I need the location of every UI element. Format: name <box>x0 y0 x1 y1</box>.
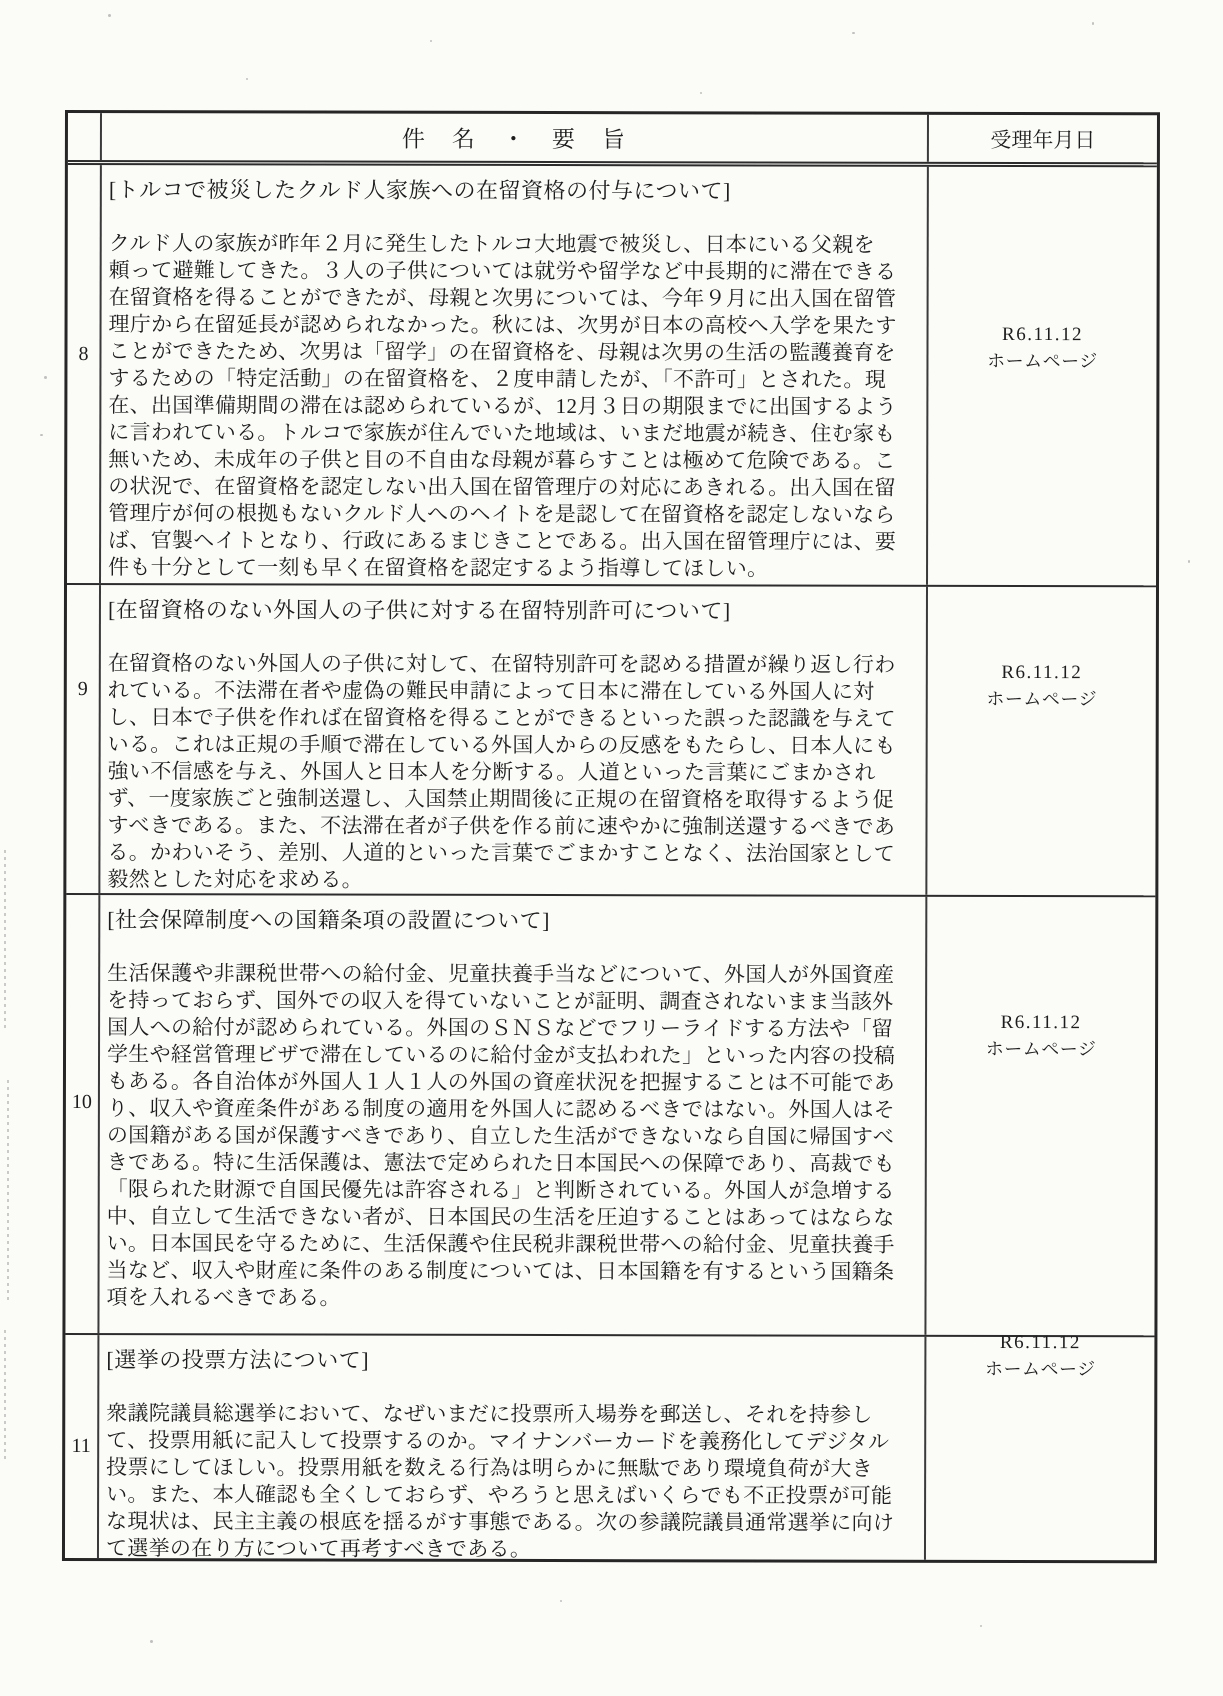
petition-table: 件 名 ・ 要 旨 受理年月日 8 [トルコで被災したクルド人家族への在留資格の… <box>62 110 1160 1563</box>
received-date: R6.11.12 <box>986 659 1097 686</box>
received-via: ホームページ <box>987 348 1098 375</box>
scan-speckle <box>246 78 248 80</box>
scan-speckle <box>108 14 111 17</box>
date-block: R6.11.12 ホームページ <box>985 1329 1096 1383</box>
row-number: 8 <box>78 343 88 366</box>
received-via: ホームページ <box>986 686 1097 713</box>
table-row: 10 [社会保障制度への国籍条項の設置について] 生活保護や非課税世帯への給付金… <box>65 895 1155 1337</box>
scan-speckle <box>150 1640 153 1643</box>
scan-speckle <box>852 32 855 34</box>
received-date: R6.11.12 <box>985 1329 1096 1356</box>
scan-speckle <box>980 1625 982 1627</box>
row-number-cell: 8 <box>67 165 102 583</box>
date-cell: R6.11.12 ホームページ <box>927 587 1156 895</box>
scan-speckle <box>40 434 43 436</box>
subject-cell: [選挙の投票方法について] 衆議院議員総選挙において、なぜいまだに投票所入場券を… <box>99 1335 926 1560</box>
scan-speckle <box>700 92 702 94</box>
header-number-cell <box>68 113 102 160</box>
row-number-cell: 10 <box>65 895 100 1333</box>
petition-body: クルド人の家族が昨年２月に発生したトルコ大地震で被災し、日本にいる父親を 頼って… <box>108 230 921 583</box>
received-via: ホームページ <box>985 1356 1096 1383</box>
table-row: 8 [トルコで被災したクルド人家族への在留資格の付与について] クルド人の家族が… <box>67 165 1157 587</box>
header-date-label: 受理年月日 <box>929 115 1157 162</box>
petition-title: [社会保障制度への国籍条項の設置について] <box>107 903 919 936</box>
table-row: 9 [在留資格のない外国人の子供に対する在留特別許可について] 在留資格のない外… <box>66 585 1156 897</box>
date-block: R6.11.12 ホームページ <box>986 1009 1097 1063</box>
date-block: R6.11.12 ホームページ <box>987 321 1098 375</box>
scan-edge-mark <box>4 1330 6 1460</box>
received-date: R6.11.12 <box>987 321 1098 348</box>
scan-edge-mark <box>4 850 6 1030</box>
petition-title: [トルコで被災したクルド人家族への在留資格の付与について] <box>109 173 921 206</box>
date-block: R6.11.12 ホームページ <box>986 659 1097 713</box>
petition-title: [選挙の投票方法について] <box>106 1343 918 1376</box>
date-cell: R6.11.12 ホームページ <box>926 1337 1154 1560</box>
scan-speckle <box>430 40 432 42</box>
subject-cell: [トルコで被災したクルド人家族への在留資格の付与について] クルド人の家族が昨年… <box>101 165 929 585</box>
petition-body: 衆議院議員総選挙において、なぜいまだに投票所入場券を郵送し、それを持参し て、投… <box>106 1400 918 1564</box>
subject-cell: [在留資格のない外国人の子供に対する在留特別許可について] 在留資格のない外国人… <box>100 585 928 895</box>
table-header-row: 件 名 ・ 要 旨 受理年月日 <box>68 113 1157 167</box>
date-cell: R6.11.12 ホームページ <box>926 897 1155 1335</box>
row-number: 10 <box>72 1091 92 1114</box>
received-via: ホームページ <box>986 1036 1097 1063</box>
header-subject-label: 件 名 ・ 要 旨 <box>102 113 929 162</box>
petition-body: 生活保護や非課税世帯への給付金、児童扶養手当などについて、外国人が外国資産 を持… <box>106 960 919 1313</box>
row-number: 9 <box>78 678 88 701</box>
scanned-document-page: { "document": { "header": { "subject_lab… <box>0 0 1223 1696</box>
date-cell: R6.11.12 ホームページ <box>928 167 1157 585</box>
scan-speckle <box>1092 22 1094 25</box>
row-number-cell: 11 <box>65 1335 99 1558</box>
scan-edge-mark <box>7 1080 9 1300</box>
petition-body: 在留資格のない外国人の子供に対して、在留特別許可を認める措置が繰り返し行わ れて… <box>107 650 920 895</box>
scan-speckle <box>44 376 47 379</box>
row-number-cell: 9 <box>66 585 101 893</box>
subject-cell: [社会保障制度への国籍条項の設置について] 生活保護や非課税世帯への給付金、児童… <box>99 895 927 1335</box>
table-row: 11 [選挙の投票方法について] 衆議院議員総選挙において、なぜいまだに投票所入… <box>65 1335 1154 1560</box>
scan-speckle <box>1188 560 1190 563</box>
scan-speckle <box>560 1600 562 1602</box>
row-number: 11 <box>72 1435 91 1458</box>
received-date: R6.11.12 <box>986 1009 1097 1036</box>
petition-title: [在留資格のない外国人の子供に対する在留特別許可について] <box>108 593 920 626</box>
